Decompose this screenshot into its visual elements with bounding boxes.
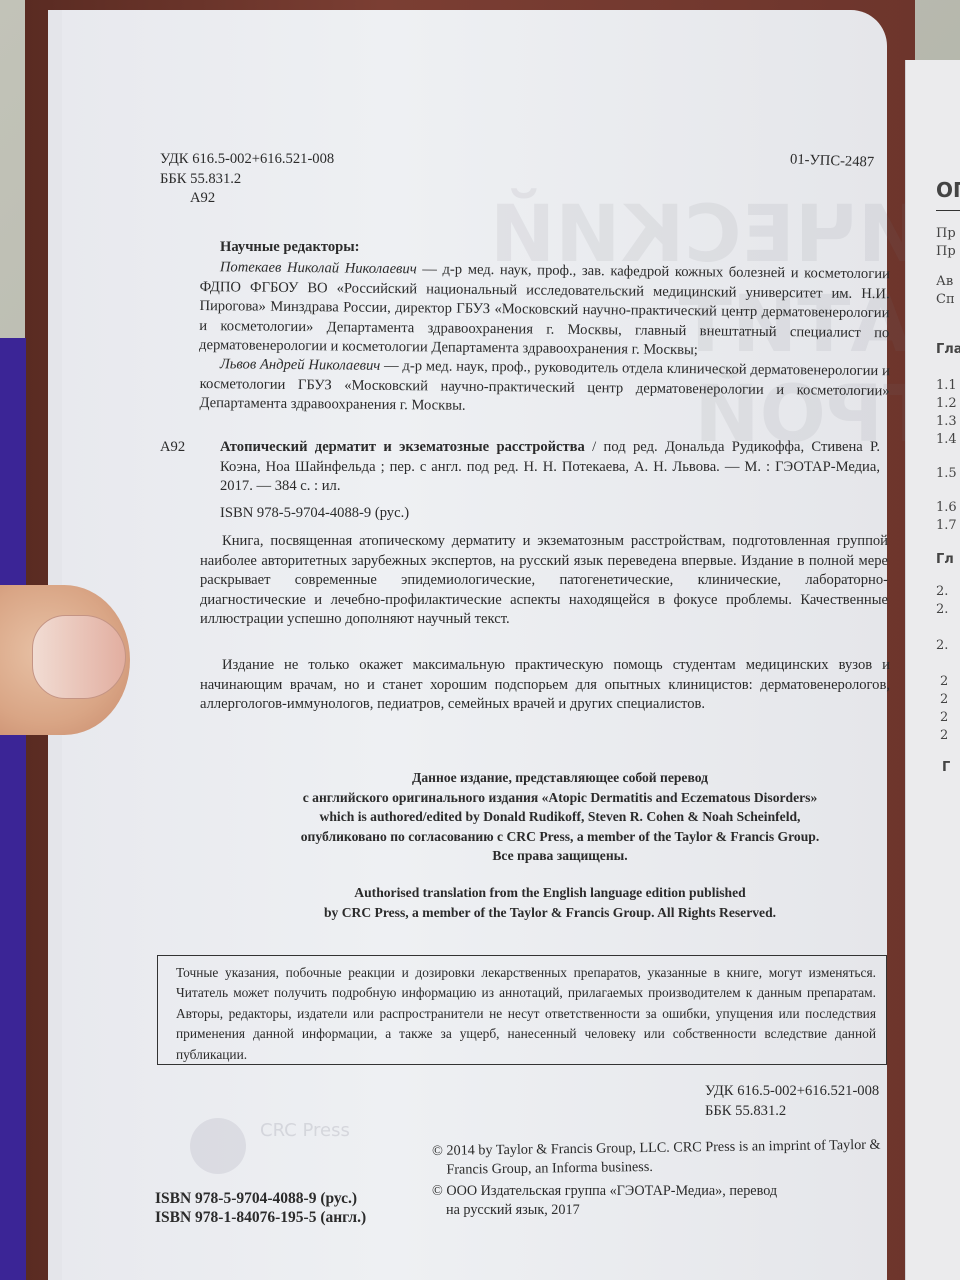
toc-item: 1.2: [936, 396, 957, 411]
bibliographic-record: Атопический дерматит и экзематозные расс…: [220, 438, 880, 497]
biblio-sign: А92: [160, 438, 185, 458]
author-sign: А92: [190, 189, 215, 209]
toc-chapter: Гла: [936, 342, 960, 357]
annotation-text-2: Издание не только окажет максимальную пр…: [200, 656, 890, 715]
copyright-taylor-francis: © 2014 by Taylor & Francis Group, LLC. C…: [432, 1135, 902, 1180]
disclaimer-text: Точные указания, побочные реакции и дози…: [176, 963, 876, 1065]
copyright-1-text: © 2014 by Taylor & Francis Group, LLC. C…: [446, 1135, 902, 1179]
isbn-record: ISBN 978-5-9704-4088-9 (рус.): [220, 504, 409, 524]
notice-en-line-2: by CRC Press, a member of the Taylor & F…: [280, 903, 820, 923]
isbn-english: ISBN 978-1-84076-195-5 (англ.): [155, 1209, 366, 1227]
footer-bbk: ББК 55.831.2: [705, 1102, 786, 1122]
toc-chapter: Г: [942, 760, 950, 775]
facing-page-heading: ОГ: [936, 178, 960, 202]
toc-item: 1.6: [936, 500, 957, 515]
isbn-russian: ISBN 978-5-9704-4088-9 (рус.): [155, 1190, 357, 1208]
copyright-geotar: © ООО Издательская группа «ГЭОТАР-Медиа»…: [432, 1182, 792, 1220]
toc-item: 2: [940, 692, 948, 707]
disclaimer-box: Точные указания, побочные реакции и дози…: [157, 955, 887, 1065]
notice-line-3: which is authored/edited by Donald Rudik…: [260, 807, 860, 827]
book-title: Атопический дерматит и экзематозные расс…: [220, 439, 585, 455]
notice-en-line-1: Authorised translation from the English …: [280, 883, 820, 903]
toc-item: 1.3: [936, 414, 957, 429]
facing-page: ОГ Пр Пр Ав Сп Гла 1.1 1.2 1.3 1.4 1.5 1…: [905, 60, 960, 1280]
copyright-2-text: © ООО Издательская группа «ГЭОТАР-Медиа»…: [446, 1182, 792, 1220]
toc-item: 2.: [936, 638, 948, 653]
toc-line: Пр: [936, 244, 956, 259]
thumbnail: [32, 615, 126, 699]
notice-line-4: опубликовано по согласованию с CRC Press…: [260, 827, 860, 847]
translation-notice-ru: Данное издание, представляющее собой пер…: [260, 768, 860, 866]
bbk-code: ББК 55.831.2: [160, 170, 241, 190]
notice-line-1: Данное издание, представляющее собой пер…: [260, 768, 860, 788]
notice-line-2: с английского оригинального издания «Ato…: [260, 788, 860, 808]
heading-rule: [936, 210, 960, 211]
notice-line-5: Все права защищены.: [260, 846, 860, 866]
toc-item: 2: [940, 710, 948, 725]
toc-line: Пр: [936, 226, 956, 241]
udk-code: УДК 616.5-002+616.521-008: [160, 150, 334, 170]
thumb: [0, 585, 130, 735]
annotation-text-1: Книга, посвященная атопическому дерматит…: [200, 532, 888, 630]
toc-item: 2: [940, 674, 948, 689]
toc-item: 1.7: [936, 518, 957, 533]
background-book: [0, 338, 26, 1280]
order-code: 01-УПС-2487: [790, 151, 875, 173]
editor-2: Львов Андрей Николаевич — д-р мед. наук,…: [199, 355, 890, 421]
editors-heading: Научные редакторы:: [220, 238, 360, 258]
crc-press-logo-icon: [190, 1118, 246, 1174]
toc-item: 2: [940, 728, 948, 743]
editor-1-name: Потекаев Николай Николаевич: [220, 259, 417, 277]
toc-chapter: Гл: [936, 552, 954, 567]
footer-udk: УДК 616.5-002+616.521-008: [705, 1082, 879, 1102]
toc-item: 1.5: [936, 466, 957, 481]
toc-item: 2.: [936, 602, 948, 617]
annotation-paragraph-1: Книга, посвященная атопическому дерматит…: [200, 532, 888, 630]
toc-item: 2.: [936, 584, 948, 599]
toc-item: 1.1: [936, 378, 957, 393]
annotation-paragraph-2: Издание не только окажет максимальную пр…: [200, 656, 890, 715]
editor-2-name: Львов Андрей Николаевич: [220, 356, 381, 374]
toc-line: Сп: [936, 292, 955, 307]
editor-1: Потекаев Николай Николаевич — д-р мед. н…: [199, 258, 890, 363]
crc-press-logo-text: CRC Press: [260, 1120, 350, 1141]
toc-line: Ав: [936, 274, 953, 289]
toc-item: 1.4: [936, 432, 957, 447]
translation-notice-en: Authorised translation from the English …: [280, 883, 820, 922]
